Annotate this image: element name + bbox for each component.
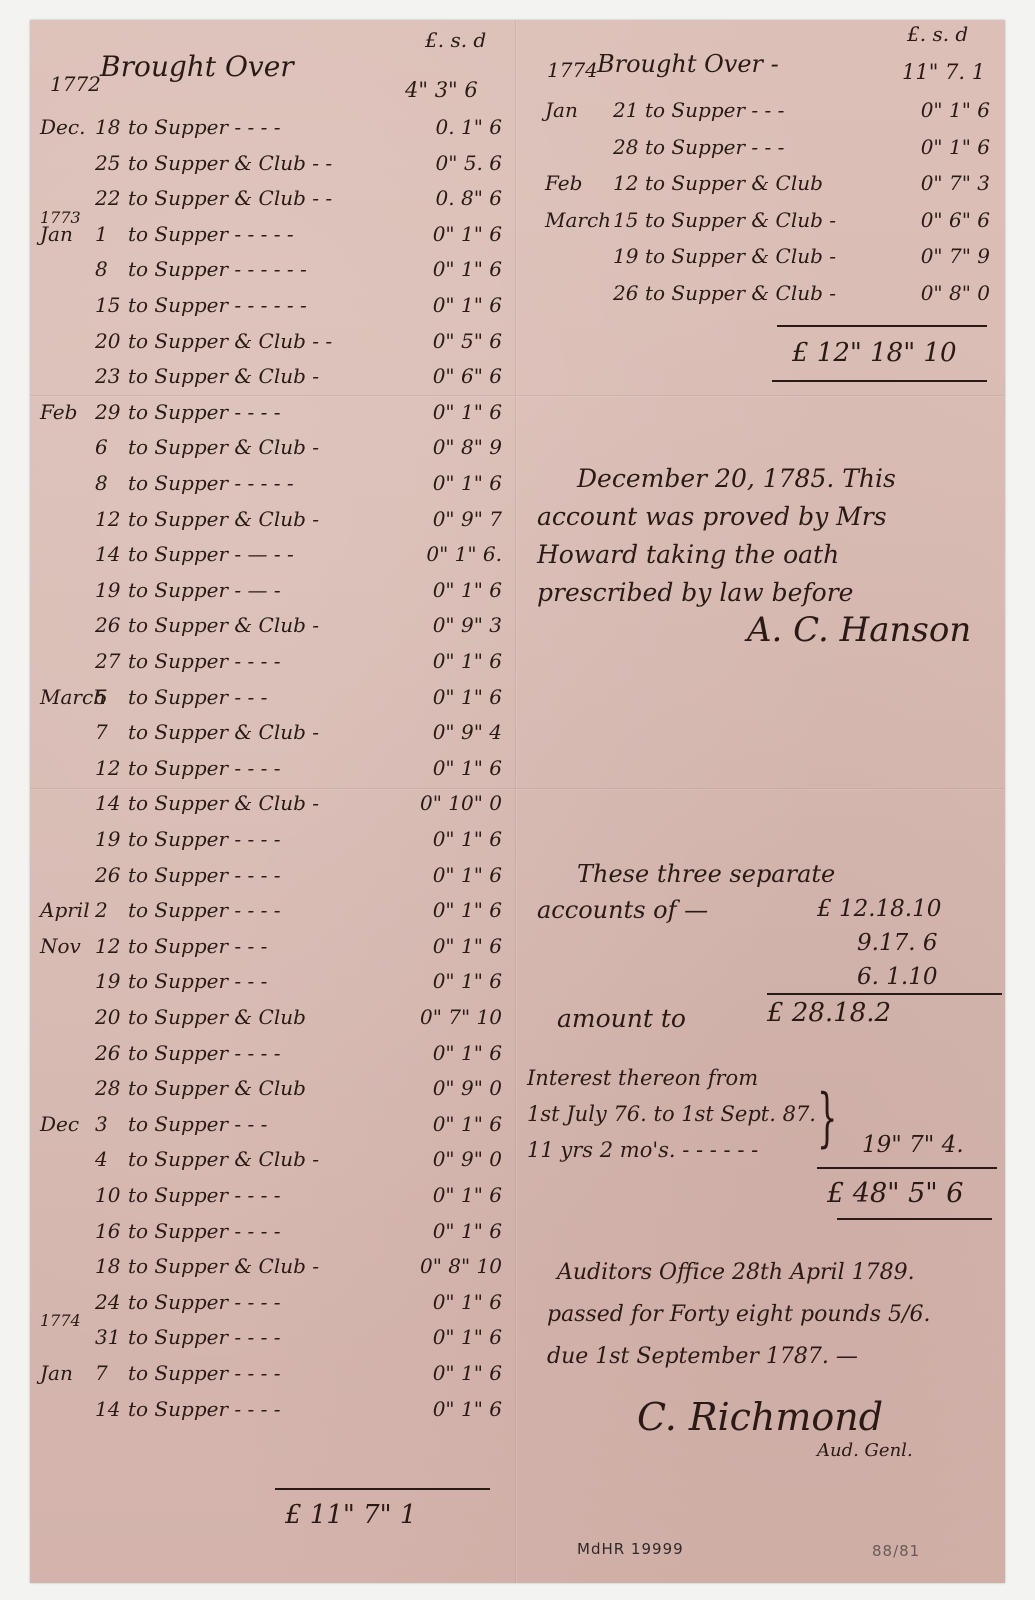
ledger-row: 19to Supper - — -0" 1" 6 bbox=[40, 578, 502, 612]
entry-amount: 0" 1" 6 bbox=[921, 98, 990, 122]
ledger-row: Jan21to Supper - - -0" 1" 6 bbox=[545, 98, 990, 132]
entry-description: to Supper & Club - bbox=[645, 281, 836, 305]
entry-day: 26 bbox=[95, 1041, 120, 1065]
entry-amount: 0" 1" 6 bbox=[433, 934, 502, 958]
entry-amount: 0" 8" 10 bbox=[420, 1254, 502, 1278]
entry-day: 14 bbox=[95, 791, 120, 815]
entry-description: to Supper - - - - bbox=[128, 863, 280, 887]
grand-total-rule bbox=[837, 1218, 992, 1220]
entry-month: Feb bbox=[40, 400, 77, 424]
entry-day: 16 bbox=[95, 1219, 120, 1243]
entry-description: to Supper & Club - bbox=[128, 613, 319, 637]
ledger-row: 26to Supper - - - -0" 1" 6 bbox=[40, 863, 502, 897]
entry-month: Dec. bbox=[40, 115, 85, 139]
entry-month: Jan bbox=[40, 222, 73, 246]
entry-description: to Supper & Club bbox=[645, 171, 823, 195]
ledger-row: 8to Supper - - - - -0" 1" 6 bbox=[40, 471, 502, 505]
entry-day: 19 bbox=[95, 827, 120, 851]
ledger-row: Jan7to Supper - - - -0" 1" 6 bbox=[40, 1361, 502, 1395]
entry-month: Feb bbox=[545, 171, 582, 195]
entry-amount: 0" 1" 6 bbox=[433, 685, 502, 709]
entry-day: 2 bbox=[95, 898, 108, 922]
entry-amount: 0" 1" 6 bbox=[433, 257, 502, 281]
entry-description: to Supper & Club - - bbox=[128, 186, 332, 210]
entry-description: to Supper - — - bbox=[128, 578, 281, 602]
brought-over-year-right: 1774 bbox=[547, 58, 598, 82]
summary-rule bbox=[767, 993, 1002, 995]
summary-amount-3: 6. 1.10 bbox=[857, 964, 937, 990]
entry-day: 14 bbox=[95, 542, 120, 566]
brought-over-label-right: Brought Over - bbox=[597, 50, 779, 78]
entry-description: to Supper - - - - bbox=[128, 1219, 280, 1243]
entry-amount: 0" 7" 9 bbox=[921, 244, 990, 268]
entry-description: to Supper - - - - bbox=[128, 649, 280, 673]
entry-description: to Supper & Club bbox=[128, 1076, 306, 1100]
interest-rule bbox=[817, 1167, 997, 1169]
entry-amount: 0" 1" 6 bbox=[433, 578, 502, 602]
currency-header-right: £. s. d bbox=[907, 22, 968, 46]
entry-description: to Supper - - - - bbox=[128, 1290, 280, 1314]
auditor-title: Aud. Genl. bbox=[817, 1440, 913, 1461]
entry-description: to Supper - - - - - - bbox=[128, 293, 307, 317]
entry-amount: 0" 1" 6 bbox=[433, 1112, 502, 1136]
entry-description: to Supper & Club - bbox=[128, 791, 319, 815]
entry-amount: 0" 9" 0 bbox=[433, 1076, 502, 1100]
entry-amount: 0" 1" 6 bbox=[433, 222, 502, 246]
entry-amount: 0" 6" 6 bbox=[433, 364, 502, 388]
entry-month: Jan bbox=[40, 1361, 73, 1385]
entry-amount: 0" 1" 6 bbox=[433, 1183, 502, 1207]
entry-amount: 0" 1" 6 bbox=[433, 1041, 502, 1065]
richmond-signature: C. Richmond bbox=[637, 1395, 883, 1439]
entry-description: to Supper - - - - bbox=[128, 1325, 280, 1349]
ledger-row: 23to Supper & Club -0" 6" 6 bbox=[40, 364, 502, 398]
summary-sum: £ 28.18.2 bbox=[767, 998, 891, 1028]
entry-day: 28 bbox=[613, 135, 638, 159]
entry-day: 1 bbox=[95, 222, 108, 246]
hanson-signature: A. C. Hanson bbox=[747, 610, 971, 650]
entry-day: 20 bbox=[95, 1005, 120, 1029]
interest-line: 1st July 76. to 1st Sept. 87. bbox=[527, 1096, 816, 1132]
entry-day: 3 bbox=[95, 1112, 108, 1136]
interest-amount: 19" 7" 4. bbox=[862, 1132, 964, 1158]
entry-description: to Supper - - - - bbox=[128, 115, 280, 139]
entry-day: 4 bbox=[95, 1147, 108, 1171]
ledger-row: 12to Supper & Club -0" 9" 7 bbox=[40, 507, 502, 541]
ledger-row: 177431to Supper - - - -0" 1" 6 bbox=[40, 1325, 502, 1359]
entry-day: 8 bbox=[95, 471, 108, 495]
entry-amount: 0" 7" 10 bbox=[420, 1005, 502, 1029]
entry-day: 12 bbox=[95, 756, 120, 780]
entry-year: 1774 bbox=[40, 1311, 81, 1330]
ledger-row: Feb12to Supper & Club0" 7" 3 bbox=[545, 171, 990, 205]
ledger-row: 6to Supper & Club -0" 8" 9 bbox=[40, 435, 502, 469]
entry-day: 18 bbox=[95, 115, 120, 139]
entry-amount: 0" 8" 0 bbox=[921, 281, 990, 305]
entry-day: 28 bbox=[95, 1076, 120, 1100]
entry-description: to Supper - - - - bbox=[128, 827, 280, 851]
entry-month: March bbox=[545, 208, 611, 232]
entry-amount: 0. 1" 6 bbox=[436, 115, 502, 139]
ledger-row: 22to Supper & Club - -0. 8" 6 bbox=[40, 186, 502, 220]
total-rule-right-bottom bbox=[772, 380, 987, 382]
entry-description: to Supper - - - - bbox=[128, 1361, 280, 1385]
attestation-line: December 20, 1785. This bbox=[537, 460, 896, 498]
entry-amount: 0" 10" 0 bbox=[420, 791, 502, 815]
ledger-row: 19to Supper - - -0" 1" 6 bbox=[40, 969, 502, 1003]
entry-day: 26 bbox=[613, 281, 638, 305]
total-rule bbox=[275, 1488, 490, 1490]
entry-day: 12 bbox=[95, 507, 120, 531]
entry-description: to Supper - - - bbox=[645, 135, 784, 159]
entry-amount: 0" 1" 6 bbox=[433, 1290, 502, 1314]
ledger-row: 28to Supper - - -0" 1" 6 bbox=[545, 135, 990, 169]
entry-day: 10 bbox=[95, 1183, 120, 1207]
entry-amount: 0" 1" 6 bbox=[433, 898, 502, 922]
auditor-line: Auditors Office 28th April 1789. bbox=[547, 1252, 930, 1294]
entry-day: 27 bbox=[95, 649, 120, 673]
ledger-row: Dec3to Supper - - -0" 1" 6 bbox=[40, 1112, 502, 1146]
interest-text: Interest thereon from 1st July 76. to 1s… bbox=[527, 1060, 816, 1168]
entry-day: 7 bbox=[95, 1361, 108, 1385]
entry-amount: 0" 1" 6 bbox=[433, 863, 502, 887]
entry-amount: 0" 7" 3 bbox=[921, 171, 990, 195]
interest-brace: } bbox=[817, 1078, 837, 1158]
ledger-row: 8to Supper - - - - - -0" 1" 6 bbox=[40, 257, 502, 291]
entry-amount: 0" 1" 6 bbox=[433, 756, 502, 780]
currency-header: £. s. d bbox=[425, 28, 486, 52]
ledger-row: 4to Supper & Club -0" 9" 0 bbox=[40, 1147, 502, 1181]
entry-description: to Supper & Club - - bbox=[128, 151, 332, 175]
attestation-line: account was proved by Mrs bbox=[537, 498, 896, 536]
entry-description: to Supper - - - - bbox=[128, 1041, 280, 1065]
left-total: £ 11" 7" 1 bbox=[285, 1500, 416, 1530]
entry-amount: 0" 6" 6 bbox=[921, 208, 990, 232]
entry-day: 15 bbox=[95, 293, 120, 317]
brought-over-amount: 4" 3" 6 bbox=[405, 78, 478, 102]
entry-description: to Supper - - - bbox=[645, 98, 784, 122]
entry-description: to Supper & Club - - bbox=[128, 329, 332, 353]
entry-day: 22 bbox=[95, 186, 120, 210]
ledger-row: 7to Supper & Club -0" 9" 4 bbox=[40, 720, 502, 754]
catalog-number: MdHR 19999 bbox=[577, 1540, 684, 1558]
ledger-row: March15to Supper & Club -0" 6" 6 bbox=[545, 208, 990, 242]
entry-day: 23 bbox=[95, 364, 120, 388]
ledger-row: Nov12to Supper - - -0" 1" 6 bbox=[40, 934, 502, 968]
ledger-row: Feb29to Supper - - - -0" 1" 6 bbox=[40, 400, 502, 434]
entry-description: to Supper & Club - bbox=[128, 364, 319, 388]
entry-description: to Supper & Club - bbox=[645, 244, 836, 268]
ledger-row: 20to Supper & Club - -0" 5" 6 bbox=[40, 329, 502, 363]
ledger-row: 1773Jan1to Supper - - - - -0" 1" 6 bbox=[40, 222, 502, 256]
entry-day: 19 bbox=[95, 969, 120, 993]
attestation-line: Howard taking the oath bbox=[537, 536, 896, 574]
entry-day: 12 bbox=[95, 934, 120, 958]
ledger-row: April2to Supper - - - -0" 1" 6 bbox=[40, 898, 502, 932]
interest-line: 11 yrs 2 mo's. - - - - - - bbox=[527, 1132, 816, 1168]
entry-amount: 0" 5. 6 bbox=[436, 151, 502, 175]
entry-day: 26 bbox=[95, 613, 120, 637]
entry-day: 20 bbox=[95, 329, 120, 353]
entry-amount: 0" 1" 6 bbox=[433, 293, 502, 317]
summary-amount-2: 9.17. 6 bbox=[857, 930, 937, 956]
entry-description: to Supper & Club bbox=[128, 1005, 306, 1029]
entry-amount: 0" 1" 6 bbox=[921, 135, 990, 159]
entry-amount: 0" 8" 9 bbox=[433, 435, 502, 459]
folio-number: 88/81 bbox=[872, 1542, 920, 1560]
entry-description: to Supper & Club - bbox=[128, 507, 319, 531]
ledger-row: 27to Supper - - - -0" 1" 6 bbox=[40, 649, 502, 683]
entry-amount: 0" 1" 6. bbox=[426, 542, 502, 566]
entry-day: 21 bbox=[613, 98, 638, 122]
summary-amount-1: £ 12.18.10 bbox=[817, 896, 941, 922]
ledger-row: 14to Supper - — - -0" 1" 6. bbox=[40, 542, 502, 576]
ledger-row: March5to Supper - - -0" 1" 6 bbox=[40, 685, 502, 719]
ledger-row: 15to Supper - - - - - -0" 1" 6 bbox=[40, 293, 502, 327]
ledger-row: Dec.18to Supper - - - -0. 1" 6 bbox=[40, 115, 502, 149]
entry-month: Jan bbox=[545, 98, 578, 122]
entry-amount: 0" 1" 6 bbox=[433, 1397, 502, 1421]
summary-intro-1: These three separate bbox=[577, 860, 835, 888]
entry-day: 15 bbox=[613, 208, 638, 232]
ledger-row: 28to Supper & Club0" 9" 0 bbox=[40, 1076, 502, 1110]
ledger-row: 26to Supper - - - -0" 1" 6 bbox=[40, 1041, 502, 1075]
entry-amount: 0" 9" 0 bbox=[433, 1147, 502, 1171]
entry-day: 25 bbox=[95, 151, 120, 175]
ledger-row: 12to Supper - - - -0" 1" 6 bbox=[40, 756, 502, 790]
brought-over-amount-right: 11" 7. 1 bbox=[902, 60, 985, 84]
total-rule-right-top bbox=[777, 325, 987, 327]
entry-day: 29 bbox=[95, 400, 120, 424]
entry-description: to Supper & Club - bbox=[128, 435, 319, 459]
attestation-line: prescribed by law before bbox=[537, 574, 896, 612]
ledger-row: 19to Supper & Club -0" 7" 9 bbox=[545, 244, 990, 278]
entry-description: to Supper - - - bbox=[128, 1112, 267, 1136]
entry-day: 7 bbox=[95, 720, 108, 744]
entry-day: 24 bbox=[95, 1290, 120, 1314]
entry-description: to Supper - - - bbox=[128, 934, 267, 958]
entry-description: to Supper & Club - bbox=[128, 720, 319, 744]
brought-over-year: 1772 bbox=[50, 72, 101, 96]
entry-amount: 0" 1" 6 bbox=[433, 471, 502, 495]
entry-amount: 0. 8" 6 bbox=[436, 186, 502, 210]
right-total: £ 12" 18" 10 bbox=[792, 338, 957, 368]
ledger-row: 26to Supper & Club -0" 9" 3 bbox=[40, 613, 502, 647]
entry-amount: 0" 9" 4 bbox=[433, 720, 502, 744]
entry-day: 19 bbox=[613, 244, 638, 268]
entry-day: 19 bbox=[95, 578, 120, 602]
entry-amount: 0" 1" 6 bbox=[433, 1219, 502, 1243]
entry-day: 6 bbox=[95, 435, 108, 459]
vertical-fold bbox=[515, 20, 517, 1583]
manuscript-page: £. s. d 1772 Brought Over 4" 3" 6 Dec.18… bbox=[30, 20, 1005, 1583]
ledger-row: 10to Supper - - - -0" 1" 6 bbox=[40, 1183, 502, 1217]
interest-line: Interest thereon from bbox=[527, 1060, 816, 1096]
entry-description: to Supper - - - - bbox=[128, 1183, 280, 1207]
entry-amount: 0" 1" 6 bbox=[433, 969, 502, 993]
entry-amount: 0" 1" 6 bbox=[433, 400, 502, 424]
entry-amount: 0" 1" 6 bbox=[433, 1361, 502, 1385]
ledger-row: 14to Supper & Club -0" 10" 0 bbox=[40, 791, 502, 825]
entry-description: to Supper & Club - bbox=[128, 1254, 319, 1278]
ledger-row: 14to Supper - - - -0" 1" 6 bbox=[40, 1397, 502, 1431]
entry-description: to Supper - - - - bbox=[128, 756, 280, 780]
ledger-row: 25to Supper & Club - -0" 5. 6 bbox=[40, 151, 502, 185]
auditor-text: Auditors Office 28th April 1789. passed … bbox=[547, 1252, 930, 1378]
entry-description: to Supper - — - - bbox=[128, 542, 294, 566]
entry-description: to Supper - - - - - bbox=[128, 222, 294, 246]
brought-over-label: Brought Over bbox=[100, 50, 294, 83]
entry-amount: 0" 1" 6 bbox=[433, 827, 502, 851]
entry-description: to Supper & Club - bbox=[645, 208, 836, 232]
ledger-row: 24to Supper - - - -0" 1" 6 bbox=[40, 1290, 502, 1324]
ledger-row: 19to Supper - - - -0" 1" 6 bbox=[40, 827, 502, 861]
entry-month: April bbox=[40, 898, 90, 922]
entry-description: to Supper - - - - - - bbox=[128, 257, 307, 281]
entry-day: 8 bbox=[95, 257, 108, 281]
entry-month: Nov bbox=[40, 934, 81, 958]
entry-description: to Supper - - - - bbox=[128, 898, 280, 922]
entry-amount: 0" 9" 3 bbox=[433, 613, 502, 637]
amount-to-label: amount to bbox=[557, 1004, 686, 1033]
entry-day: 12 bbox=[613, 171, 638, 195]
entry-amount: 0" 1" 6 bbox=[433, 649, 502, 673]
entry-day: 14 bbox=[95, 1397, 120, 1421]
entry-description: to Supper - - - - bbox=[128, 1397, 280, 1421]
ledger-row: 20to Supper & Club0" 7" 10 bbox=[40, 1005, 502, 1039]
entry-day: 5 bbox=[95, 685, 108, 709]
entry-description: to Supper - - - - bbox=[128, 400, 280, 424]
auditor-line: passed for Forty eight pounds 5/6. bbox=[547, 1294, 930, 1336]
grand-total: £ 48" 5" 6 bbox=[827, 1178, 963, 1209]
entry-description: to Supper - - - - - bbox=[128, 471, 294, 495]
entry-month: Dec bbox=[40, 1112, 79, 1136]
entry-day: 18 bbox=[95, 1254, 120, 1278]
ledger-row: 18to Supper & Club -0" 8" 10 bbox=[40, 1254, 502, 1288]
entry-description: to Supper & Club - bbox=[128, 1147, 319, 1171]
entry-day: 26 bbox=[95, 863, 120, 887]
ledger-row: 26to Supper & Club -0" 8" 0 bbox=[545, 281, 990, 315]
entry-amount: 0" 9" 7 bbox=[433, 507, 502, 531]
entry-description: to Supper - - - bbox=[128, 969, 267, 993]
summary-intro-2: accounts of — bbox=[537, 896, 708, 924]
entry-amount: 0" 1" 6 bbox=[433, 1325, 502, 1349]
ledger-row: 16to Supper - - - -0" 1" 6 bbox=[40, 1219, 502, 1253]
entry-day: 31 bbox=[95, 1325, 120, 1349]
entry-amount: 0" 5" 6 bbox=[433, 329, 502, 353]
entry-description: to Supper - - - bbox=[128, 685, 267, 709]
attestation-text: December 20, 1785. This account was prov… bbox=[537, 460, 896, 612]
auditor-line: due 1st September 1787. — bbox=[547, 1336, 930, 1378]
